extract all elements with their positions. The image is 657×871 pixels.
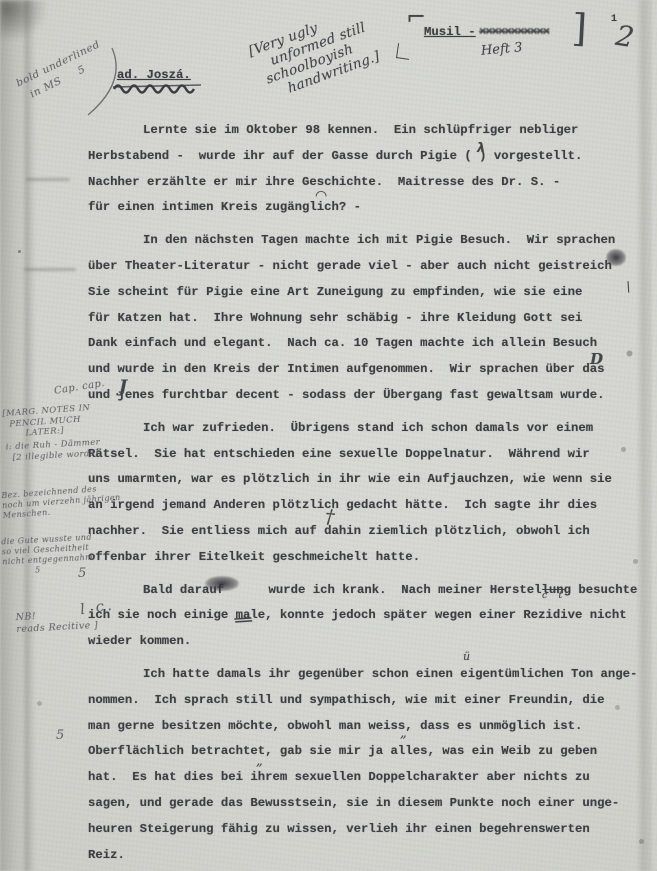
hand-heft-label: Heft 3 [480, 40, 523, 59]
typed-line: wieder kommen. [88, 629, 648, 655]
stroke-dahin: † [324, 506, 335, 529]
scan-smudge [24, 268, 76, 271]
typed-musil-strikeout: ××××××××××× [479, 25, 549, 39]
scanned-manuscript-page: bold underlined in MS 5 ad. Joszá. [Very… [0, 0, 657, 871]
typed-line: für einen intimen Kreis zugänglich? - [88, 195, 648, 221]
typed-line: offenbar ihrer Eitelkeit geschmeichelt h… [88, 545, 648, 571]
comma-weiss: „ [400, 726, 407, 741]
cap-j-jenes: J [119, 377, 127, 397]
typed-body-text: Lernte sie im Oktober 98 kennen. Ein sch… [88, 118, 648, 868]
typed-line: und wurde in den Kreis der Intimen aufge… [88, 357, 648, 383]
typed-line: uns umarmten, war es plötzlich in ihr wi… [88, 467, 648, 493]
typed-line: hat. Es hat dies bei ihrem sexuellen Dop… [88, 765, 648, 791]
hand-bracket-right-icon: ] [571, 6, 588, 51]
typed-line: für Katzen hat. Ihre Wohnung sehr schäbi… [88, 306, 648, 332]
underline-male: = [230, 612, 257, 628]
typed-musil-label: Musil - [424, 25, 476, 39]
typed-superscript-one: 1 [611, 14, 617, 25]
typed-line: man gerne besitzen möchte, obwohl man we… [88, 714, 648, 740]
typed-overstrike-scribble [113, 82, 205, 94]
typed-line: Ich war zufrieden. Übrigens stand ich sc… [88, 416, 648, 442]
typed-line: Reiz. [88, 843, 648, 869]
corr-eigentuemlich: ü [463, 650, 470, 663]
lambda-pigie: λ [477, 141, 485, 156]
typed-line: und jenes furchtbar decent - sodass der … [88, 383, 648, 409]
m4: i: die Ruh - Dämmer [2 illegible words] [6, 438, 101, 464]
typed-line: Nachher erzählte er mir ihre Geschichte.… [88, 170, 648, 196]
typed-ad-josza-label: ad. Joszá. [117, 68, 191, 82]
typed-line: Rätsel. Sie hat entschieden eine sexuell… [88, 442, 648, 468]
typed-line: Ich hatte damals ihr gegenüber schon ein… [88, 662, 648, 688]
blob-bald [205, 576, 239, 591]
scan-corner-blotch [0, 0, 46, 40]
typed-line: nommen. Ich sprach still und sympathisch… [88, 688, 648, 714]
typed-line: Oberflächlich betrachtet, gab sie mir ja… [88, 739, 648, 765]
hand-bracket-bottom-left-icon [396, 43, 411, 60]
typed-line: Lernte sie im Oktober 98 kennen. Ein sch… [88, 118, 648, 144]
caret-zugaenglich: ◠ [315, 188, 327, 204]
typed-line: In den nächsten Tagen machte ich mit Pig… [88, 228, 648, 254]
m8: NB! reads Recitive ] [15, 608, 98, 636]
hand-bracket-top-left-icon: ⌐ [406, 3, 426, 31]
corr-rezidive: c t [542, 590, 566, 601]
typed-line: nachher. Sie entliess mich auf dahin zie… [88, 519, 648, 545]
typed-line: sagen, und gerade das Bewusstsein, sie i… [88, 791, 648, 817]
m10: 5 [56, 728, 65, 744]
typed-line: über Theater-Literatur - nicht gerade vi… [88, 254, 648, 280]
hand-page-number: 2 [614, 19, 637, 54]
scan-speckles [18, 250, 21, 253]
m3: [MARG. NOTES IN PENCIL MUCH LATER:] [2, 403, 92, 441]
typed-line: heuren Steigerung fähig zu wissen, verli… [88, 817, 648, 843]
hand-note-ugly-handwriting: [Very ugly unformed still schoolboyish h… [247, 2, 382, 106]
typed-line: ich sie noch einige male, konnte jedoch … [88, 603, 648, 629]
m9: 5 [78, 566, 87, 582]
typed-line: an irgend jemand Anderen plötzlich gedac… [88, 493, 648, 519]
comma-betrachtet: „ [256, 754, 263, 769]
typed-line: Dank einfach und elegant. Nach ca. 10 Ta… [88, 331, 648, 357]
typed-line: Herbstabend - wurde ihr auf der Gasse du… [88, 144, 648, 170]
typed-line: Sie scheint für Pigie eine Art Zuneigung… [88, 280, 648, 306]
scan-smudge [26, 178, 70, 181]
blob-geistreich [606, 249, 626, 266]
cap-d-das: D [590, 350, 603, 368]
